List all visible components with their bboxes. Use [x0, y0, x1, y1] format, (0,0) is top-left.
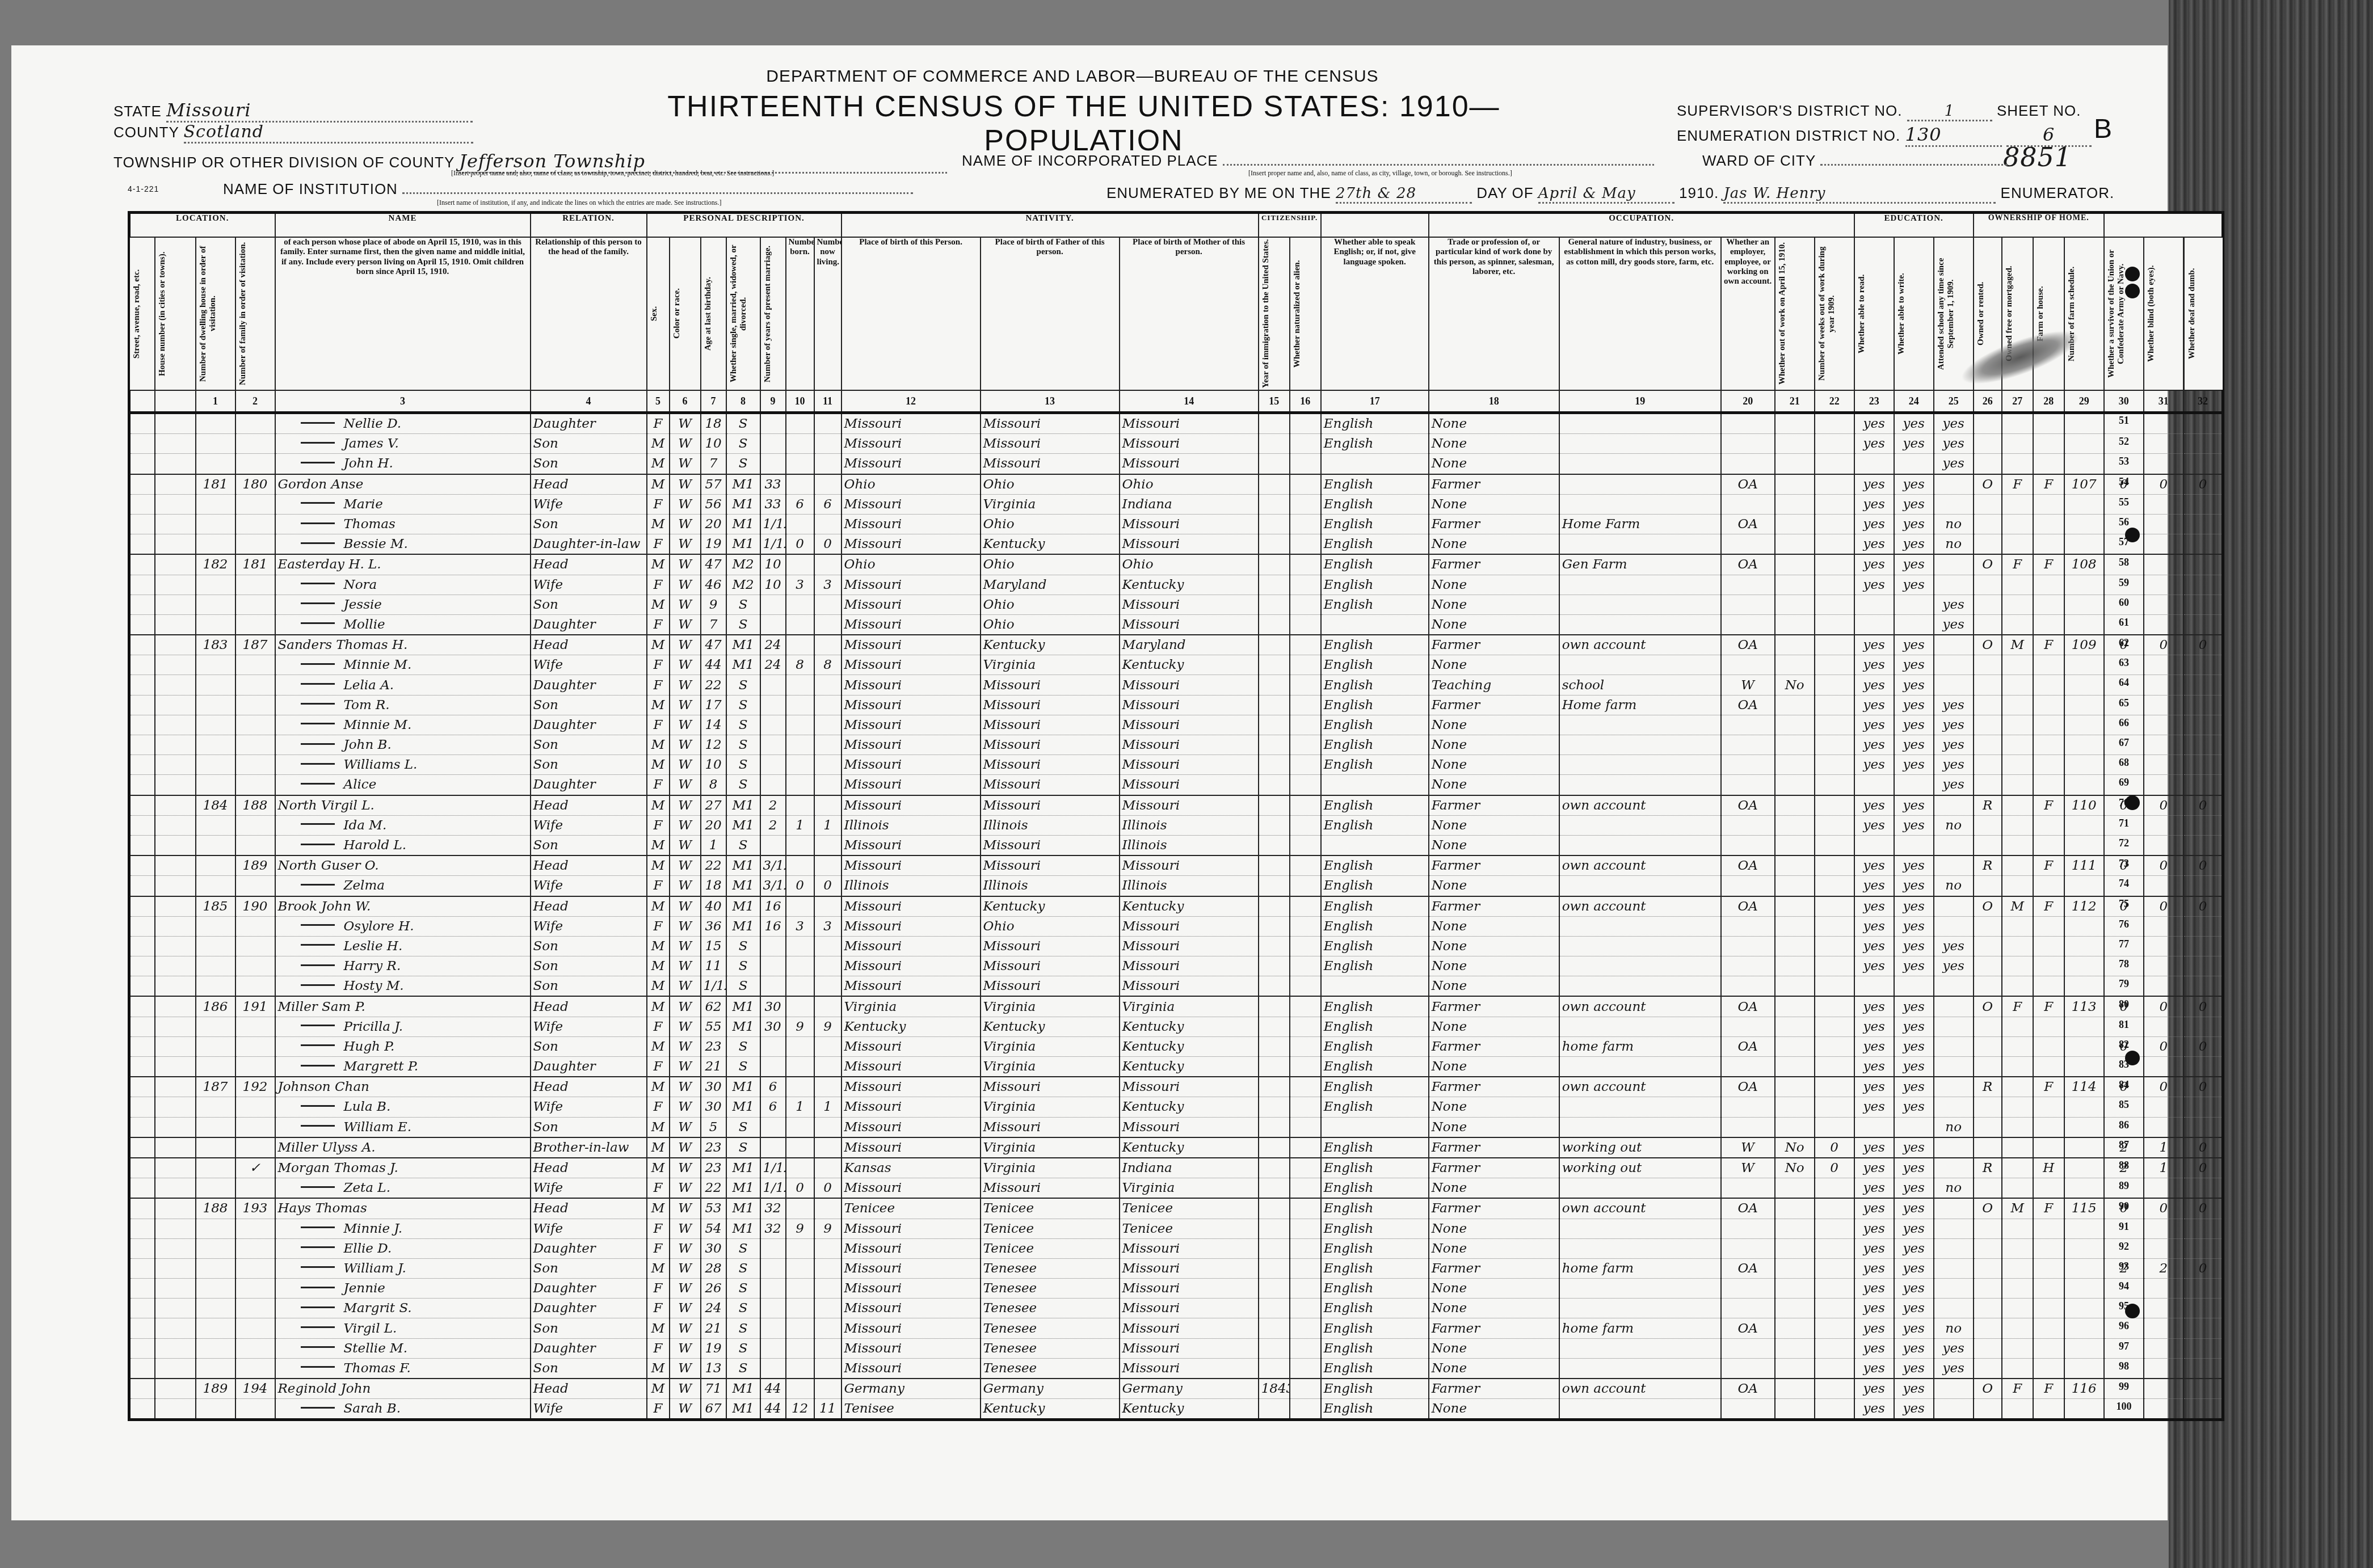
age-cell: 7	[701, 454, 726, 474]
dw-cell	[196, 695, 235, 715]
rel-cell: Son	[531, 755, 647, 775]
sex-cell: F	[647, 775, 670, 795]
fpob-cell: Missouri	[981, 735, 1120, 755]
ms-cell: S	[726, 1279, 760, 1299]
surname-ditto-mark	[301, 1044, 335, 1046]
eng-cell: English	[1321, 795, 1429, 816]
sched-cell	[2064, 1399, 2104, 1420]
c31-cell	[2144, 434, 2183, 454]
surname-ditto-mark	[301, 502, 335, 504]
emp-cell: W	[1721, 675, 1775, 695]
race-cell: W	[670, 1017, 701, 1036]
c31-cell	[2144, 1318, 2183, 1338]
free-cell	[2002, 1358, 2033, 1379]
c32-cell	[2183, 1057, 2223, 1077]
wks-cell	[1815, 835, 1854, 855]
born-cell	[786, 1137, 814, 1158]
sched-cell	[2064, 815, 2104, 835]
location-cell	[155, 1379, 196, 1399]
age-cell: 13	[701, 1358, 726, 1379]
ind-cell	[1559, 575, 1721, 595]
living-cell	[814, 1137, 842, 1158]
pob-cell: Missouri	[842, 1219, 981, 1238]
farm-cell	[2033, 454, 2064, 474]
person-name: Easterday H. L.	[278, 557, 381, 572]
eng-cell: English	[1321, 735, 1429, 755]
fpob-cell: Virginia	[981, 1057, 1120, 1077]
person-name: Hays Thomas	[278, 1201, 367, 1216]
c31-cell	[2144, 595, 2183, 614]
fam-cell	[235, 655, 275, 675]
column-number: 18	[1429, 390, 1559, 413]
write-cell: yes	[1894, 1198, 1934, 1219]
eng-cell: English	[1321, 1258, 1429, 1278]
born-cell	[786, 855, 814, 876]
sch-cell	[1934, 855, 1974, 876]
farm-cell	[2033, 815, 2064, 835]
line-number: 97	[2110, 1341, 2138, 1352]
race-cell: W	[670, 1358, 701, 1379]
rel-cell: Wife	[531, 1178, 647, 1199]
surname-ditto-mark	[301, 964, 335, 966]
imm-cell	[1259, 996, 1290, 1017]
eng-cell: English	[1321, 1219, 1429, 1238]
race-cell: W	[670, 815, 701, 835]
name-cell: Leslie H.	[275, 936, 531, 956]
imm-cell	[1259, 635, 1290, 655]
race-cell: W	[670, 1299, 701, 1318]
read-cell: yes	[1854, 1379, 1894, 1399]
line-number: 65	[2110, 697, 2138, 709]
nat-cell	[1290, 855, 1321, 876]
nat-cell	[1290, 1318, 1321, 1338]
own-cell	[1974, 454, 2002, 474]
column-header: General nature of industry, business, or…	[1559, 237, 1721, 390]
column-number: 28	[2033, 390, 2064, 413]
dw-cell	[196, 1036, 235, 1056]
ind-cell: Home farm	[1559, 695, 1721, 715]
surname-ditto-mark	[301, 622, 335, 624]
column-number: 9	[760, 390, 786, 413]
oow-cell	[1775, 534, 1815, 555]
fam-cell	[235, 1178, 275, 1199]
emp-cell	[1721, 735, 1775, 755]
wks-cell	[1815, 614, 1854, 635]
write-cell: yes	[1894, 413, 1934, 434]
table-row: ZelmaWifeFW18M13/1200IllinoisIllinoisIll…	[129, 876, 2223, 896]
read-cell: yes	[1854, 795, 1894, 816]
fam-cell: 194	[235, 1379, 275, 1399]
ind-cell	[1559, 474, 1721, 495]
race-cell: W	[670, 916, 701, 936]
surname-ditto-mark	[301, 1105, 335, 1107]
name-cell: Lelia A.	[275, 675, 531, 695]
pob-cell: Missouri	[842, 1117, 981, 1137]
enumerated-label: Enumerated by me on the	[1106, 184, 1331, 201]
wks-cell	[1815, 855, 1854, 876]
trade-cell: Farmer	[1429, 1137, 1559, 1158]
write-cell: yes	[1894, 1097, 1934, 1117]
eng-cell: English	[1321, 1279, 1429, 1299]
race-cell: W	[670, 715, 701, 735]
oow-cell	[1775, 795, 1815, 816]
write-cell	[1894, 976, 1934, 997]
yrs-cell	[760, 835, 786, 855]
person-name: Hosty M.	[344, 979, 404, 993]
person-name: Zeta L.	[344, 1181, 390, 1195]
line-number: 82	[2110, 1039, 2138, 1051]
trade-cell: Farmer	[1429, 635, 1559, 655]
surname-ditto-mark	[301, 663, 335, 665]
ind-cell	[1559, 655, 1721, 675]
c32-cell	[2183, 1299, 2223, 1318]
mpob-cell: Maryland	[1120, 635, 1259, 655]
age-cell: 44	[701, 655, 726, 675]
read-cell: yes	[1854, 1077, 1894, 1097]
living-cell	[814, 855, 842, 876]
line-number: 59	[2110, 577, 2138, 589]
farm-cell	[2033, 1279, 2064, 1299]
table-row: Hosty M.SonMW1/12SMissouriMissouriMissou…	[129, 976, 2223, 997]
write-cell: yes	[1894, 1219, 1934, 1238]
own-cell	[1974, 835, 2002, 855]
person-name: Marie	[344, 497, 383, 512]
c31-cell	[2144, 735, 2183, 755]
free-cell: M	[2002, 1198, 2033, 1219]
farm-cell	[2033, 1299, 2064, 1318]
line-number: 53	[2110, 456, 2138, 467]
eng-cell: English	[1321, 916, 1429, 936]
emp-cell: OA	[1721, 514, 1775, 534]
location-cell	[129, 1057, 155, 1077]
location-cell	[155, 1036, 196, 1056]
ms-cell: S	[726, 413, 760, 434]
dw-cell: 186	[196, 996, 235, 1017]
mpob-cell: Missouri	[1120, 795, 1259, 816]
yrs-cell	[760, 1036, 786, 1056]
ms-cell: M1	[726, 996, 760, 1017]
farm-cell	[2033, 514, 2064, 534]
sch-cell	[1934, 795, 1974, 816]
location-cell	[155, 775, 196, 795]
name-cell: Easterday H. L.	[275, 554, 531, 575]
ms-cell: S	[726, 936, 760, 956]
farm-cell	[2033, 735, 2064, 755]
read-cell: yes	[1854, 1238, 1894, 1258]
eng-cell: English	[1321, 1379, 1429, 1399]
location-cell	[155, 795, 196, 816]
sch-cell	[1934, 1399, 1974, 1420]
nat-cell	[1290, 695, 1321, 715]
sch-cell	[1934, 655, 1974, 675]
own-cell	[1974, 1258, 2002, 1278]
born-cell	[786, 434, 814, 454]
living-cell	[814, 936, 842, 956]
farm-cell	[2033, 1258, 2064, 1278]
fpob-cell: Missouri	[981, 835, 1120, 855]
enumerated-day: 27th & 28	[1336, 185, 1472, 204]
born-cell	[786, 454, 814, 474]
c32-cell: 0	[2183, 855, 2223, 876]
person-name: Sarah B.	[344, 1401, 401, 1416]
rel-cell: Wife	[531, 655, 647, 675]
race-cell: W	[670, 1117, 701, 1137]
line-number: 79	[2110, 978, 2138, 990]
sched-cell	[2064, 1238, 2104, 1258]
mpob-cell: Missouri	[1120, 1238, 1259, 1258]
sch-cell: yes	[1934, 614, 1974, 635]
sch-cell	[1934, 474, 1974, 495]
sex-cell: M	[647, 474, 670, 495]
living-cell	[814, 795, 842, 816]
write-cell: yes	[1894, 1017, 1934, 1036]
sex-cell: M	[647, 1379, 670, 1399]
oow-cell	[1775, 655, 1815, 675]
living-cell	[814, 514, 842, 534]
living-cell: 1	[814, 1097, 842, 1117]
dw-cell	[196, 1258, 235, 1278]
imm-cell	[1259, 835, 1290, 855]
sched-cell	[2064, 413, 2104, 434]
ind-cell	[1559, 1097, 1721, 1117]
ind-cell: own account	[1559, 996, 1721, 1017]
imm-cell	[1259, 1258, 1290, 1278]
surname-ditto-mark	[301, 1306, 335, 1308]
born-cell	[786, 1057, 814, 1077]
surname-ditto-mark	[301, 703, 335, 705]
column-header: Whether naturalized or alien.	[1290, 237, 1321, 390]
trade-cell: Farmer	[1429, 554, 1559, 575]
age-cell: 23	[701, 1158, 726, 1178]
sch-cell: no	[1934, 815, 1974, 835]
age-cell: 62	[701, 996, 726, 1017]
free-cell: F	[2002, 996, 2033, 1017]
binder-hole-icon	[2125, 267, 2140, 281]
c31-cell: 0	[2144, 855, 2183, 876]
write-cell: yes	[1894, 1137, 1934, 1158]
read-cell: yes	[1854, 554, 1894, 575]
nat-cell	[1290, 1017, 1321, 1036]
ind-cell	[1559, 434, 1721, 454]
imm-cell	[1259, 1077, 1290, 1097]
emp-cell: OA	[1721, 635, 1775, 655]
farm-cell	[2033, 755, 2064, 775]
read-cell: yes	[1854, 1279, 1894, 1299]
line-number: 85	[2110, 1099, 2138, 1111]
dw-cell: 187	[196, 1077, 235, 1097]
ms-cell: S	[726, 835, 760, 855]
imm-cell	[1259, 1219, 1290, 1238]
eng-cell: English	[1321, 534, 1429, 555]
c31-cell	[2144, 575, 2183, 595]
line-number: 99	[2110, 1381, 2138, 1393]
yrs-cell: 33	[760, 474, 786, 495]
name-cell: Thomas F.	[275, 1358, 531, 1379]
born-cell	[786, 1158, 814, 1178]
fpob-cell: Tenesee	[981, 1258, 1120, 1278]
trade-cell: Farmer	[1429, 1379, 1559, 1399]
pob-cell: Illinois	[842, 815, 981, 835]
own-cell	[1974, 1299, 2002, 1318]
group-name: NAME	[275, 213, 531, 238]
trade-cell: None	[1429, 1279, 1559, 1299]
race-cell: W	[670, 655, 701, 675]
farm-cell	[2033, 1057, 2064, 1077]
c32-cell	[2183, 1379, 2223, 1399]
fpob-cell: Missouri	[981, 695, 1120, 715]
institution-note: [Insert name of institution, if any, and…	[437, 199, 721, 207]
eng-cell: English	[1321, 936, 1429, 956]
read-cell: yes	[1854, 1338, 1894, 1358]
location-cell	[129, 1238, 155, 1258]
living-cell	[814, 755, 842, 775]
location-cell	[129, 896, 155, 917]
name-cell: Jessie	[275, 595, 531, 614]
location-cell	[129, 1399, 155, 1420]
eng-cell: English	[1321, 474, 1429, 495]
wks-cell	[1815, 996, 1854, 1017]
read-cell: yes	[1854, 494, 1894, 514]
nat-cell	[1290, 1279, 1321, 1299]
ind-cell: home farm	[1559, 1036, 1721, 1056]
sched-cell: 110	[2064, 795, 2104, 816]
own-cell	[1974, 534, 2002, 555]
free-cell	[2002, 795, 2033, 816]
emp-cell	[1721, 876, 1775, 896]
oow-cell	[1775, 715, 1815, 735]
wks-cell	[1815, 1338, 1854, 1358]
dw-cell	[196, 936, 235, 956]
ind-cell	[1559, 1017, 1721, 1036]
oow-cell	[1775, 1399, 1815, 1420]
oow-cell	[1775, 1219, 1815, 1238]
living-cell	[814, 635, 842, 655]
wks-cell	[1815, 635, 1854, 655]
emp-cell	[1721, 1399, 1775, 1420]
free-cell	[2002, 434, 2033, 454]
imm-cell	[1259, 755, 1290, 775]
location-cell	[129, 1017, 155, 1036]
wks-cell	[1815, 795, 1854, 816]
pob-cell: Tenisee	[842, 1399, 981, 1420]
sch-cell	[1934, 835, 1974, 855]
fpob-cell: Tenesee	[981, 1318, 1120, 1338]
c32-cell: 0	[2183, 1158, 2223, 1178]
race-cell: W	[670, 1318, 701, 1338]
c32-cell: 0	[2183, 1036, 2223, 1056]
surname-ditto-mark	[301, 783, 335, 785]
write-cell: yes	[1894, 735, 1934, 755]
fpob-cell: Missouri	[981, 795, 1120, 816]
column-header: Place of birth of Mother of this person.	[1120, 237, 1259, 390]
fam-cell: 187	[235, 635, 275, 655]
pob-cell: Missouri	[842, 1077, 981, 1097]
fam-cell	[235, 534, 275, 555]
c32-cell: 0	[2183, 896, 2223, 917]
rel-cell: Wife	[531, 1097, 647, 1117]
living-cell: 9	[814, 1017, 842, 1036]
own-cell	[1974, 755, 2002, 775]
fpob-cell: Missouri	[981, 1077, 1120, 1097]
wks-cell	[1815, 956, 1854, 976]
emp-cell	[1721, 1219, 1775, 1238]
mpob-cell: Tenicee	[1120, 1198, 1259, 1219]
eng-cell	[1321, 1117, 1429, 1137]
yrs-cell	[760, 454, 786, 474]
location-cell	[155, 896, 196, 917]
free-cell	[2002, 534, 2033, 555]
c32-cell	[2183, 1017, 2223, 1036]
line-number: 67	[2110, 737, 2138, 749]
name-cell: Stellie M.	[275, 1338, 531, 1358]
location-cell	[129, 675, 155, 695]
name-cell: Harry R.	[275, 956, 531, 976]
table-row: Minnie M.WifeFW44M12488MissouriVirginiaK…	[129, 655, 2223, 675]
born-cell	[786, 996, 814, 1017]
nat-cell	[1290, 514, 1321, 534]
sch-cell: yes	[1934, 1338, 1974, 1358]
eng-cell: English	[1321, 1338, 1429, 1358]
imm-cell	[1259, 534, 1290, 555]
sched-cell	[2064, 454, 2104, 474]
ms-cell: M1	[726, 474, 760, 495]
read-cell: yes	[1854, 916, 1894, 936]
yrs-cell	[760, 1258, 786, 1278]
location-cell	[129, 1338, 155, 1358]
location-cell	[155, 1238, 196, 1258]
person-name: North Guser O.	[278, 858, 379, 873]
fpob-cell: Missouri	[981, 1178, 1120, 1199]
age-cell: 22	[701, 675, 726, 695]
column-number	[155, 390, 196, 413]
fam-cell	[235, 575, 275, 595]
sex-cell: M	[647, 755, 670, 775]
ms-cell: M2	[726, 575, 760, 595]
fpob-cell: Ohio	[981, 474, 1120, 495]
mpob-cell: Missouri	[1120, 715, 1259, 735]
age-cell: 1	[701, 835, 726, 855]
trade-cell: None	[1429, 916, 1559, 936]
imm-cell	[1259, 976, 1290, 997]
c32-cell	[2183, 1178, 2223, 1199]
wks-cell	[1815, 1318, 1854, 1338]
eng-cell: English	[1321, 996, 1429, 1017]
table-row: Sarah B.WifeFW67M1441211TeniseeKentuckyK…	[129, 1399, 2223, 1420]
location-cell	[129, 655, 155, 675]
line-number: 78	[2110, 958, 2138, 970]
living-cell: 6	[814, 494, 842, 514]
fam-cell	[235, 595, 275, 614]
column-number: 31	[2144, 390, 2183, 413]
emp-cell: OA	[1721, 1198, 1775, 1219]
sch-cell	[1934, 1137, 1974, 1158]
sched-cell	[2064, 1097, 2104, 1117]
binder-hole-icon	[2125, 528, 2140, 542]
race-cell: W	[670, 675, 701, 695]
person-name: Virgil L.	[344, 1321, 397, 1336]
rel-cell: Wife	[531, 876, 647, 896]
enumerated-month: April & May	[1538, 185, 1674, 204]
line-number: 64	[2110, 677, 2138, 689]
own-cell	[1974, 514, 2002, 534]
location-cell	[129, 1097, 155, 1117]
eng-cell: English	[1321, 1097, 1429, 1117]
person-name: Brook John W.	[278, 899, 371, 914]
free-cell	[2002, 1318, 2033, 1338]
race-cell: W	[670, 413, 701, 434]
race-cell: W	[670, 936, 701, 956]
dw-cell: 184	[196, 795, 235, 816]
